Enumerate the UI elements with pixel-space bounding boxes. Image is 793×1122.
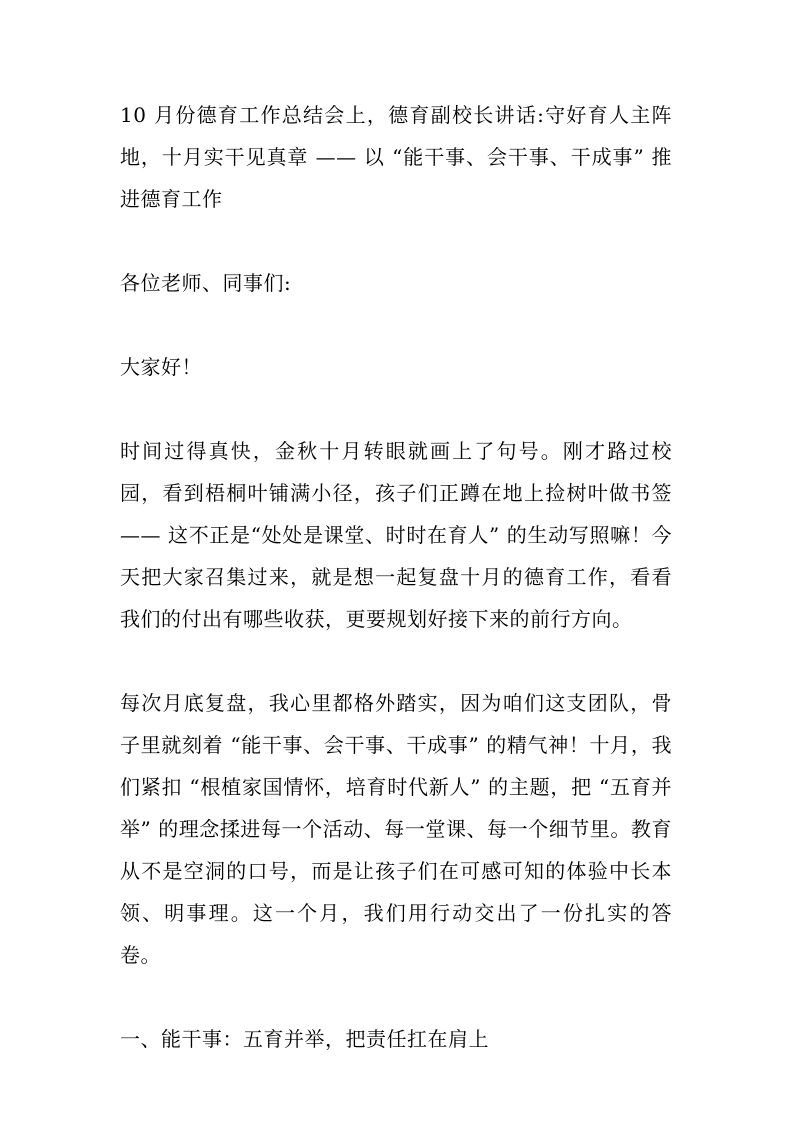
- document-page: 10 月份德育工作总结会上，德育副校长讲话:守好育人主阵地，十月实干见真章 ——…: [0, 0, 793, 1122]
- greeting-line: 大家好！: [120, 346, 672, 388]
- section-heading-1: 一、能干事：五育并举，把责任扛在肩上: [120, 1018, 672, 1060]
- salutation-line: 各位老师、同事们:: [120, 262, 672, 304]
- document-title: 10 月份德育工作总结会上，德育副校长讲话:守好育人主阵地，十月实干见真章 ——…: [120, 94, 672, 220]
- paragraph-monthly-review: 每次月底复盘，我心里都格外踏实，因为咱们这支团队，骨子里就刻着 “能干事、会干事…: [120, 682, 672, 976]
- paragraph-opening: 时间过得真快，金秋十月转眼就画上了句号。刚才路过校园，看到梧桐叶铺满小径，孩子们…: [120, 430, 672, 640]
